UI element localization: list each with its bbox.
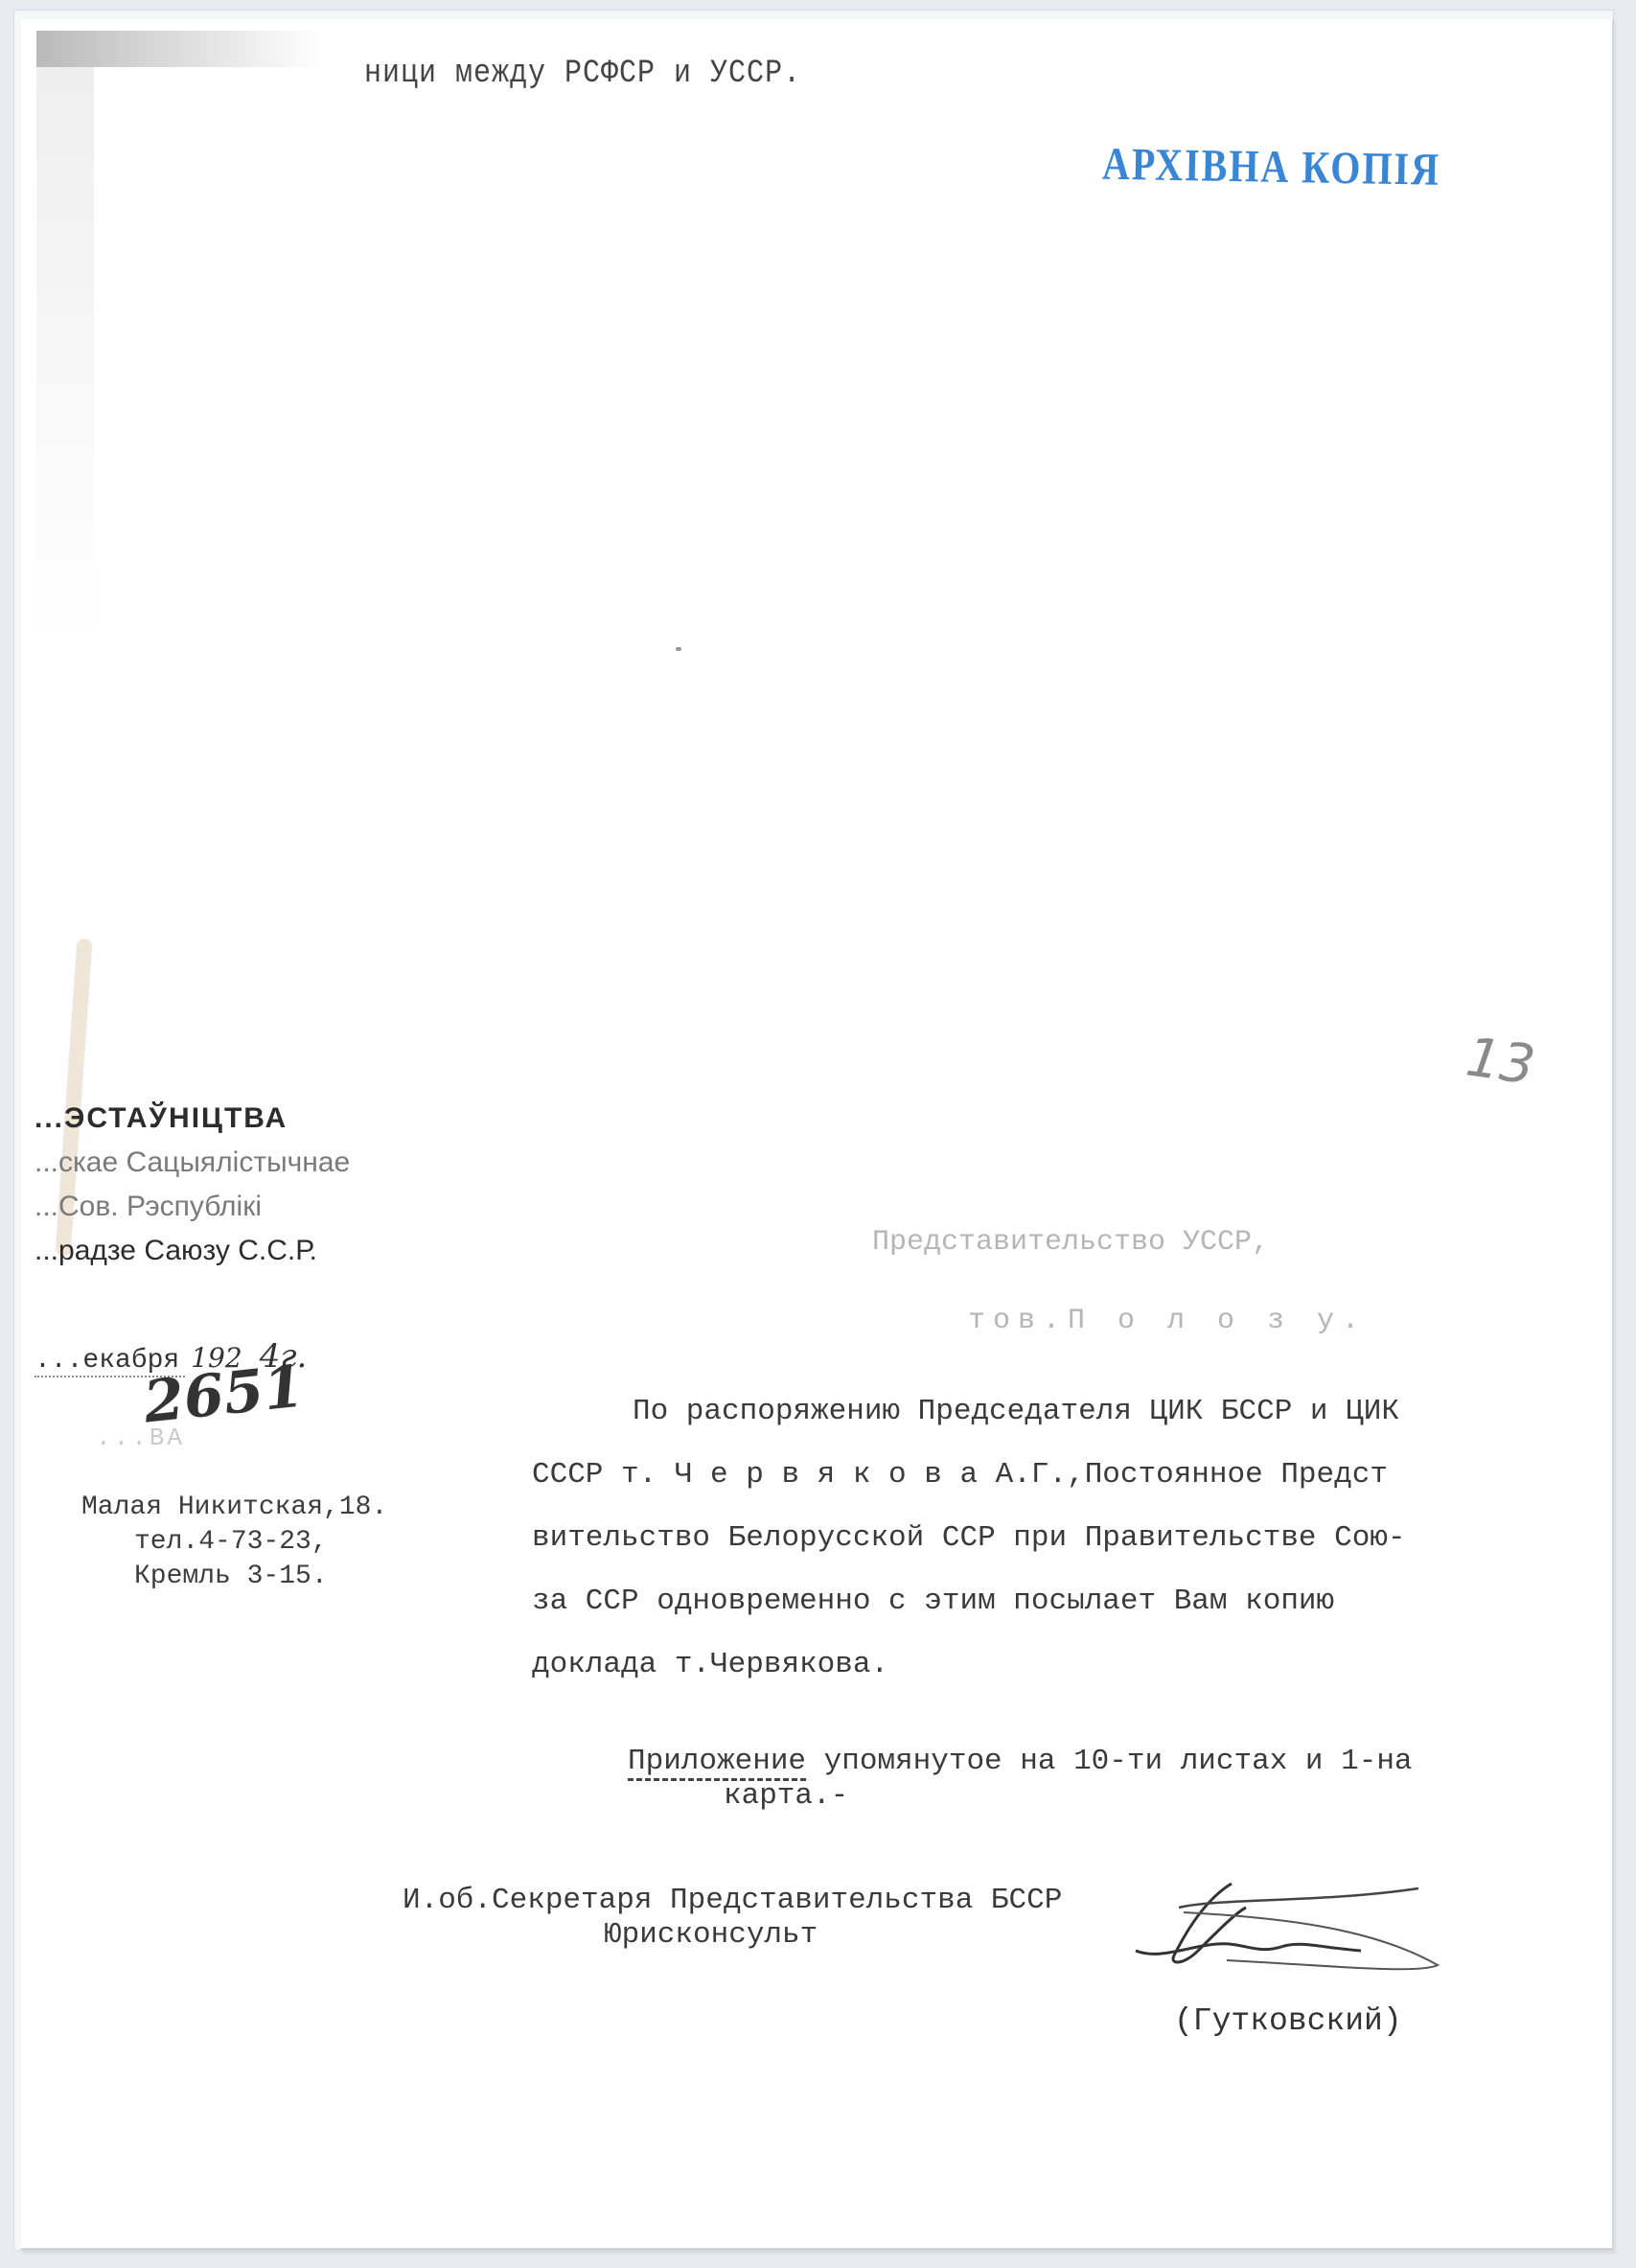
scan-shadow-fade (36, 67, 94, 642)
folio-number: 13 (1463, 1026, 1539, 1097)
letterhead-line: ...Сов. Рэспублікі (35, 1191, 418, 1223)
attachment-text: упомянутое на 10-ти листах и 1-на (806, 1745, 1413, 1778)
signature-title: И.об.Секретаря Представительства БССР Юр… (403, 1884, 1062, 1953)
addressee-line1: Представительство УССР, (872, 1203, 1367, 1282)
body-line: вительство Белорусской ССР при Правитель… (532, 1507, 1577, 1570)
letterhead-line: ...радзе Саюзу С.С.Р. (35, 1235, 418, 1267)
sender-address: Малая Никитская,18. тел.4-73-23, Кремль … (81, 1491, 387, 1594)
signature-title-line2: Юрисконсульт (403, 1918, 1062, 1953)
body-line: доклада т.Червякова. (532, 1633, 1577, 1697)
truncated-heading: ници между РСФСР и УССР. (364, 55, 801, 92)
signature-title-line1: И.об.Секретаря Представительства БССР (403, 1884, 1062, 1918)
addressee-line2: тов.П о л о з у. (872, 1282, 1367, 1360)
body-line: По распоряжению Председателя ЦИК БССР и … (532, 1380, 1577, 1444)
address-phone: тел.4-73-23, (81, 1525, 387, 1560)
addressee-block: Представительство УССР, тов.П о л о з у. (872, 1203, 1367, 1360)
signer-name: (Гутковский) (1174, 2003, 1402, 2039)
letterhead-line: ...ЭСТАЎНІЦТВА (35, 1102, 418, 1135)
address-kremlin: Кремль 3-15. (81, 1560, 387, 1594)
letter-body: По распоряжению Председателя ЦИК БССР и … (532, 1380, 1577, 1697)
attachment-note: Приложение упомянутое на 10-ти листах и … (628, 1745, 1413, 1814)
body-line: за ССР одновременно с этим посылает Вам … (532, 1570, 1577, 1633)
ink-spot (676, 647, 681, 651)
attachment-line2: карта.- (628, 1779, 1413, 1814)
scan-shadow (36, 31, 324, 67)
address-street: Малая Никитская,18. (81, 1491, 387, 1525)
archive-copy-stamp: АРХІВНА КОПІЯ (1102, 136, 1441, 197)
handwritten-signature (1131, 1869, 1476, 1984)
body-line: СССР т. Ч е р в я к о в а А.Г.,Постоянно… (532, 1444, 1577, 1507)
letterhead-stamp: ...ЭСТАЎНІЦТВА ...скае Сацыялістычнае ..… (35, 1102, 418, 1279)
attachment-label: Приложение (628, 1745, 806, 1781)
letterhead-city: ...ВА (96, 1423, 185, 1452)
letterhead-line: ...скае Сацыялістычнае (35, 1146, 418, 1179)
